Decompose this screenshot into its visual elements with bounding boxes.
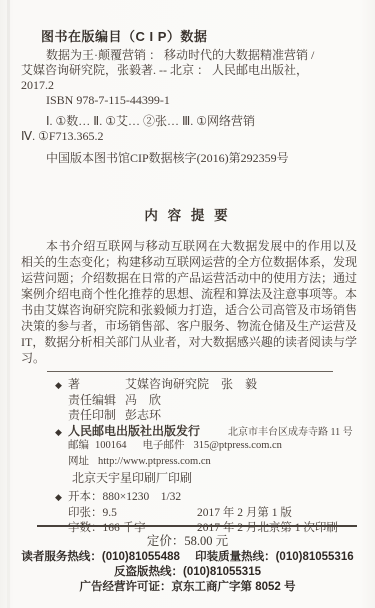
print-supervisor-row: 责任印制 彭志环 xyxy=(55,406,360,422)
cip-record-number: 中国版本图书馆CIP数据核字(2016)第292359号 xyxy=(21,151,361,166)
sheets-value: 9.5 xyxy=(103,507,117,519)
diamond-bullet-icon: ◆ xyxy=(55,427,68,438)
cip-entry-line-2: 艾媒咨询研究院，张毅著. -- 北京 ： 人民邮电出版社， xyxy=(21,63,361,78)
email-value: 315@ptpress.com.cn xyxy=(194,440,282,451)
summary-body: 本书介绍互联网与移动互联网在大数据发展中的作用以及相关的生态变化；构建移动互联网… xyxy=(21,238,357,366)
reader-service-phone: (010)81055488 xyxy=(102,551,180,563)
price-divider xyxy=(37,525,357,527)
publisher-row: ◆ 人民邮电出版社出版发行 北京市丰台区成寿寺路 11 号 xyxy=(55,422,360,438)
diamond-bullet-icon: ◆ xyxy=(55,380,68,391)
postcode-value: 100164 xyxy=(95,440,127,451)
sheets-label: 印张： xyxy=(68,507,103,519)
hotline-line-2: 反盗版热线：(010)81055315 xyxy=(0,565,375,580)
print-house: 北京天宇星印刷厂印刷 xyxy=(68,469,192,486)
author-label: 著 xyxy=(68,375,125,392)
colophon-divider xyxy=(47,371,333,372)
print-supervisor-value: 彭志环 xyxy=(125,406,161,423)
contact-row: 邮编 100164 电子邮件 315@ptpress.com.cn xyxy=(55,437,360,453)
diamond-bullet-icon: ◆ xyxy=(55,492,68,503)
publisher-name: 人民邮电出版社出版发行 xyxy=(68,422,200,439)
sheets-cell: 印张：9.5 xyxy=(68,504,197,520)
isbn: ISBN 978-7-115-44399-1 xyxy=(21,93,361,108)
print-house-row: 北京天宇星印刷厂印刷 xyxy=(55,469,360,485)
website-url: http://www.ptpress.com.cn xyxy=(98,456,211,467)
format-value: 880×1230 1/32 xyxy=(103,488,182,504)
format-label: 开本： xyxy=(68,488,103,504)
email-label: 电子邮件 xyxy=(143,437,185,452)
price-label: 定价： xyxy=(147,534,185,548)
format-row: ◆ 开本： 880×1230 1/32 xyxy=(55,488,360,504)
print-quality-label: 印装质量热线： xyxy=(195,551,276,563)
cip-entry-line-1: 数据为王·颠覆营销 ： 移动时代的大数据精准营销 / xyxy=(21,48,361,63)
summary-title: 内 容 提 要 xyxy=(0,204,375,224)
ad-license-label: 广告经营许可证： xyxy=(80,581,172,593)
price-value: 58.00 元 xyxy=(184,534,228,548)
cip-header: 图书在版编目（C I P）数据 xyxy=(41,26,207,45)
author-value: 艾媒咨询研究院 张 毅 xyxy=(125,375,257,392)
anti-piracy-phone: (010)81055315 xyxy=(183,566,261,578)
book-copyright-page: 图书在版编目（C I P）数据 数据为王·颠覆营销 ： 移动时代的大数据精准营销… xyxy=(0,0,375,608)
cip-entry-line-3: 2017.2 xyxy=(21,78,361,93)
hotline-line-3: 广告经营许可证：京东工商广字第 8052 号 xyxy=(0,580,375,595)
website-row: 网址 http://www.ptpress.com.cn xyxy=(55,453,360,469)
publisher-address: 北京市丰台区成寿寺路 11 号 xyxy=(228,423,353,438)
print-supervisor-label: 责任印制 xyxy=(68,406,125,423)
colophon-block: ◆ 著 艾媒咨询研究院 张 毅 责任编辑 冯 欣 责任印制 彭志环 ◆ 人民邮电… xyxy=(55,375,360,535)
print-quality-phone: (010)81055316 xyxy=(276,551,354,563)
ad-license-value: 京东工商广字第 8052 号 xyxy=(172,581,296,593)
classification-line-2: Ⅳ. ①F713.365.2 xyxy=(21,129,361,144)
sheets-row: 印张：9.5 2017 年 2 月第 1 版 xyxy=(55,504,360,520)
reader-service-label: 读者服务热线： xyxy=(21,551,102,563)
hotline-line-1: 读者服务热线：(010)81055488 印装质量热线：(010)8105531… xyxy=(0,550,375,565)
editor-value: 冯 欣 xyxy=(125,391,161,408)
hotlines-block: 读者服务热线：(010)81055488 印装质量热线：(010)8105531… xyxy=(0,550,375,595)
anti-piracy-label: 反盗版热线： xyxy=(114,566,183,578)
editor-label: 责任编辑 xyxy=(68,391,125,408)
scan-gutter-shadow xyxy=(7,0,10,608)
print-quality-hotline: 印装质量热线：(010)81055316 xyxy=(195,551,354,563)
author-row: ◆ 著 艾媒咨询研究院 张 毅 xyxy=(55,375,360,391)
edition-info: 2017 年 2 月第 1 版 xyxy=(197,504,292,520)
editor-row: 责任编辑 冯 欣 xyxy=(55,391,360,407)
website-label: 网址 xyxy=(68,453,89,468)
cip-data-block: 数据为王·颠覆营销 ： 移动时代的大数据精准营销 / 艾媒咨询研究院，张毅著. … xyxy=(21,48,361,166)
price-line: 定价：58.00 元 xyxy=(0,531,375,549)
reader-service-hotline: 读者服务热线：(010)81055488 xyxy=(21,551,180,563)
classification-line-1: Ⅰ. ①数… Ⅱ. ①艾… ②张… Ⅲ. ①网络营销 xyxy=(21,114,361,129)
postcode-label: 邮编 xyxy=(68,437,89,452)
